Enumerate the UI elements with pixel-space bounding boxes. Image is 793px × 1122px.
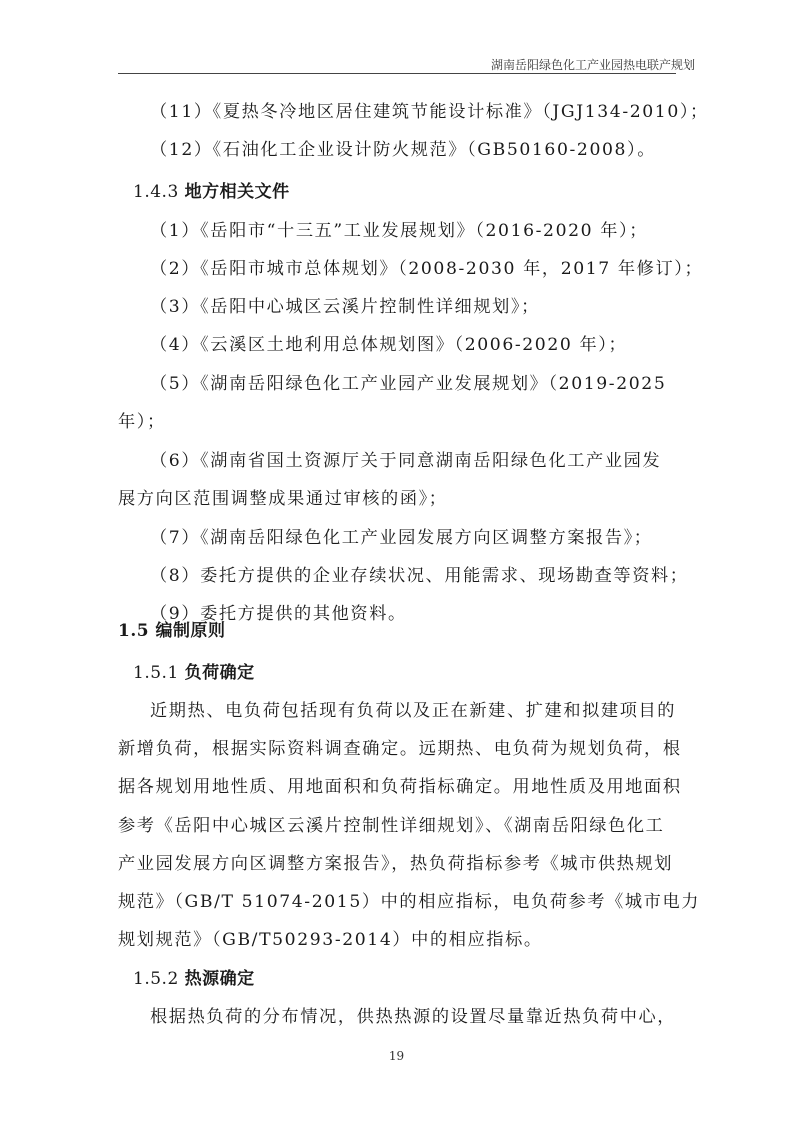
section-number: 1.5.2	[133, 969, 185, 989]
paragraph-line: 根据热负荷的分布情况，供热热源的设置尽量靠近热负荷中心，	[150, 1002, 676, 1027]
local-doc-item-1: （1）《岳阳市“十三五”工业发展规划》（2016-2020 年）；	[150, 216, 648, 241]
paragraph-line: 规范》（GB/T 51074-2015）中的相应指标，电负荷参考《城市电力	[118, 887, 700, 912]
paragraph-line: 据各规划用地性质、用地面积和负荷指标确定。用地性质及用地面积	[118, 772, 682, 797]
section-number: 1.5.1	[133, 663, 185, 683]
local-doc-item-2: （2）《岳阳市城市总体规划》（2008-2030 年，2017 年修订）；	[150, 254, 703, 279]
section-heading-1-4-3: 1.4.3 地方相关文件	[133, 177, 290, 202]
section-number: 1.4.3	[133, 182, 185, 202]
paragraph-line: 规划规范》（GB/T50293-2014）中的相应指标。	[118, 925, 543, 950]
paragraph-line: 新增负荷，根据实际资料调查确定。远期热、电负荷为规划负荷，根	[118, 734, 682, 759]
paragraph-line: 参考《岳阳中心城区云溪片控制性详细规划》、《湖南岳阳绿色化工	[118, 811, 664, 836]
local-doc-item-5-cont: 年）；	[118, 407, 166, 432]
local-doc-item-3: （3）《岳阳中心城区云溪片控制性详细规划》；	[150, 292, 540, 317]
section-title: 热源确定	[185, 969, 255, 989]
local-doc-item-5: （5）《湖南岳阳绿色化工产业园产业发展规划》（2019-2025	[150, 369, 666, 394]
section-heading-1-5-1: 1.5.1 负荷确定	[133, 658, 255, 683]
local-doc-item-7: （7）《湖南岳阳绿色化工产业园发展方向区调整方案报告》；	[150, 523, 653, 548]
section-title: 负荷确定	[185, 663, 255, 683]
header-title: 湖南岳阳绿色化工产业园热电联产规划	[491, 56, 695, 73]
paragraph-line: 近期热、电负荷包括现有负荷以及正在新建、扩建和拟建项目的	[150, 696, 676, 721]
local-doc-item-8: （8）委托方提供的企业存续状况、用能需求、现场勘查等资料；	[150, 561, 689, 586]
section-heading-1-5: 1.5 编制原则	[118, 616, 226, 641]
paragraph-line: 产业园发展方向区调整方案报告》，热负荷指标参考《城市供热规划	[118, 849, 673, 874]
section-title: 地方相关文件	[185, 182, 290, 202]
page-number: 19	[0, 1049, 793, 1063]
header-divider	[118, 73, 676, 74]
reference-item-12: （12）《石油化工企业设计防火规范》（GB50160-2008）。	[150, 135, 656, 160]
reference-item-11: （11）《夏热冬冷地区居住建筑节能设计标准》（JGJ134-2010）；	[150, 97, 709, 122]
local-doc-item-6: （6）《湖南省国土资源厅关于同意湖南岳阳绿色化工产业园发	[150, 446, 661, 471]
local-doc-item-6-cont: 展方向区范围调整成果通过审核的函》；	[118, 484, 448, 509]
local-doc-item-4: （4）《云溪区土地利用总体规划图》（2006-2020 年）；	[150, 330, 627, 355]
section-heading-1-5-2: 1.5.2 热源确定	[133, 964, 255, 989]
